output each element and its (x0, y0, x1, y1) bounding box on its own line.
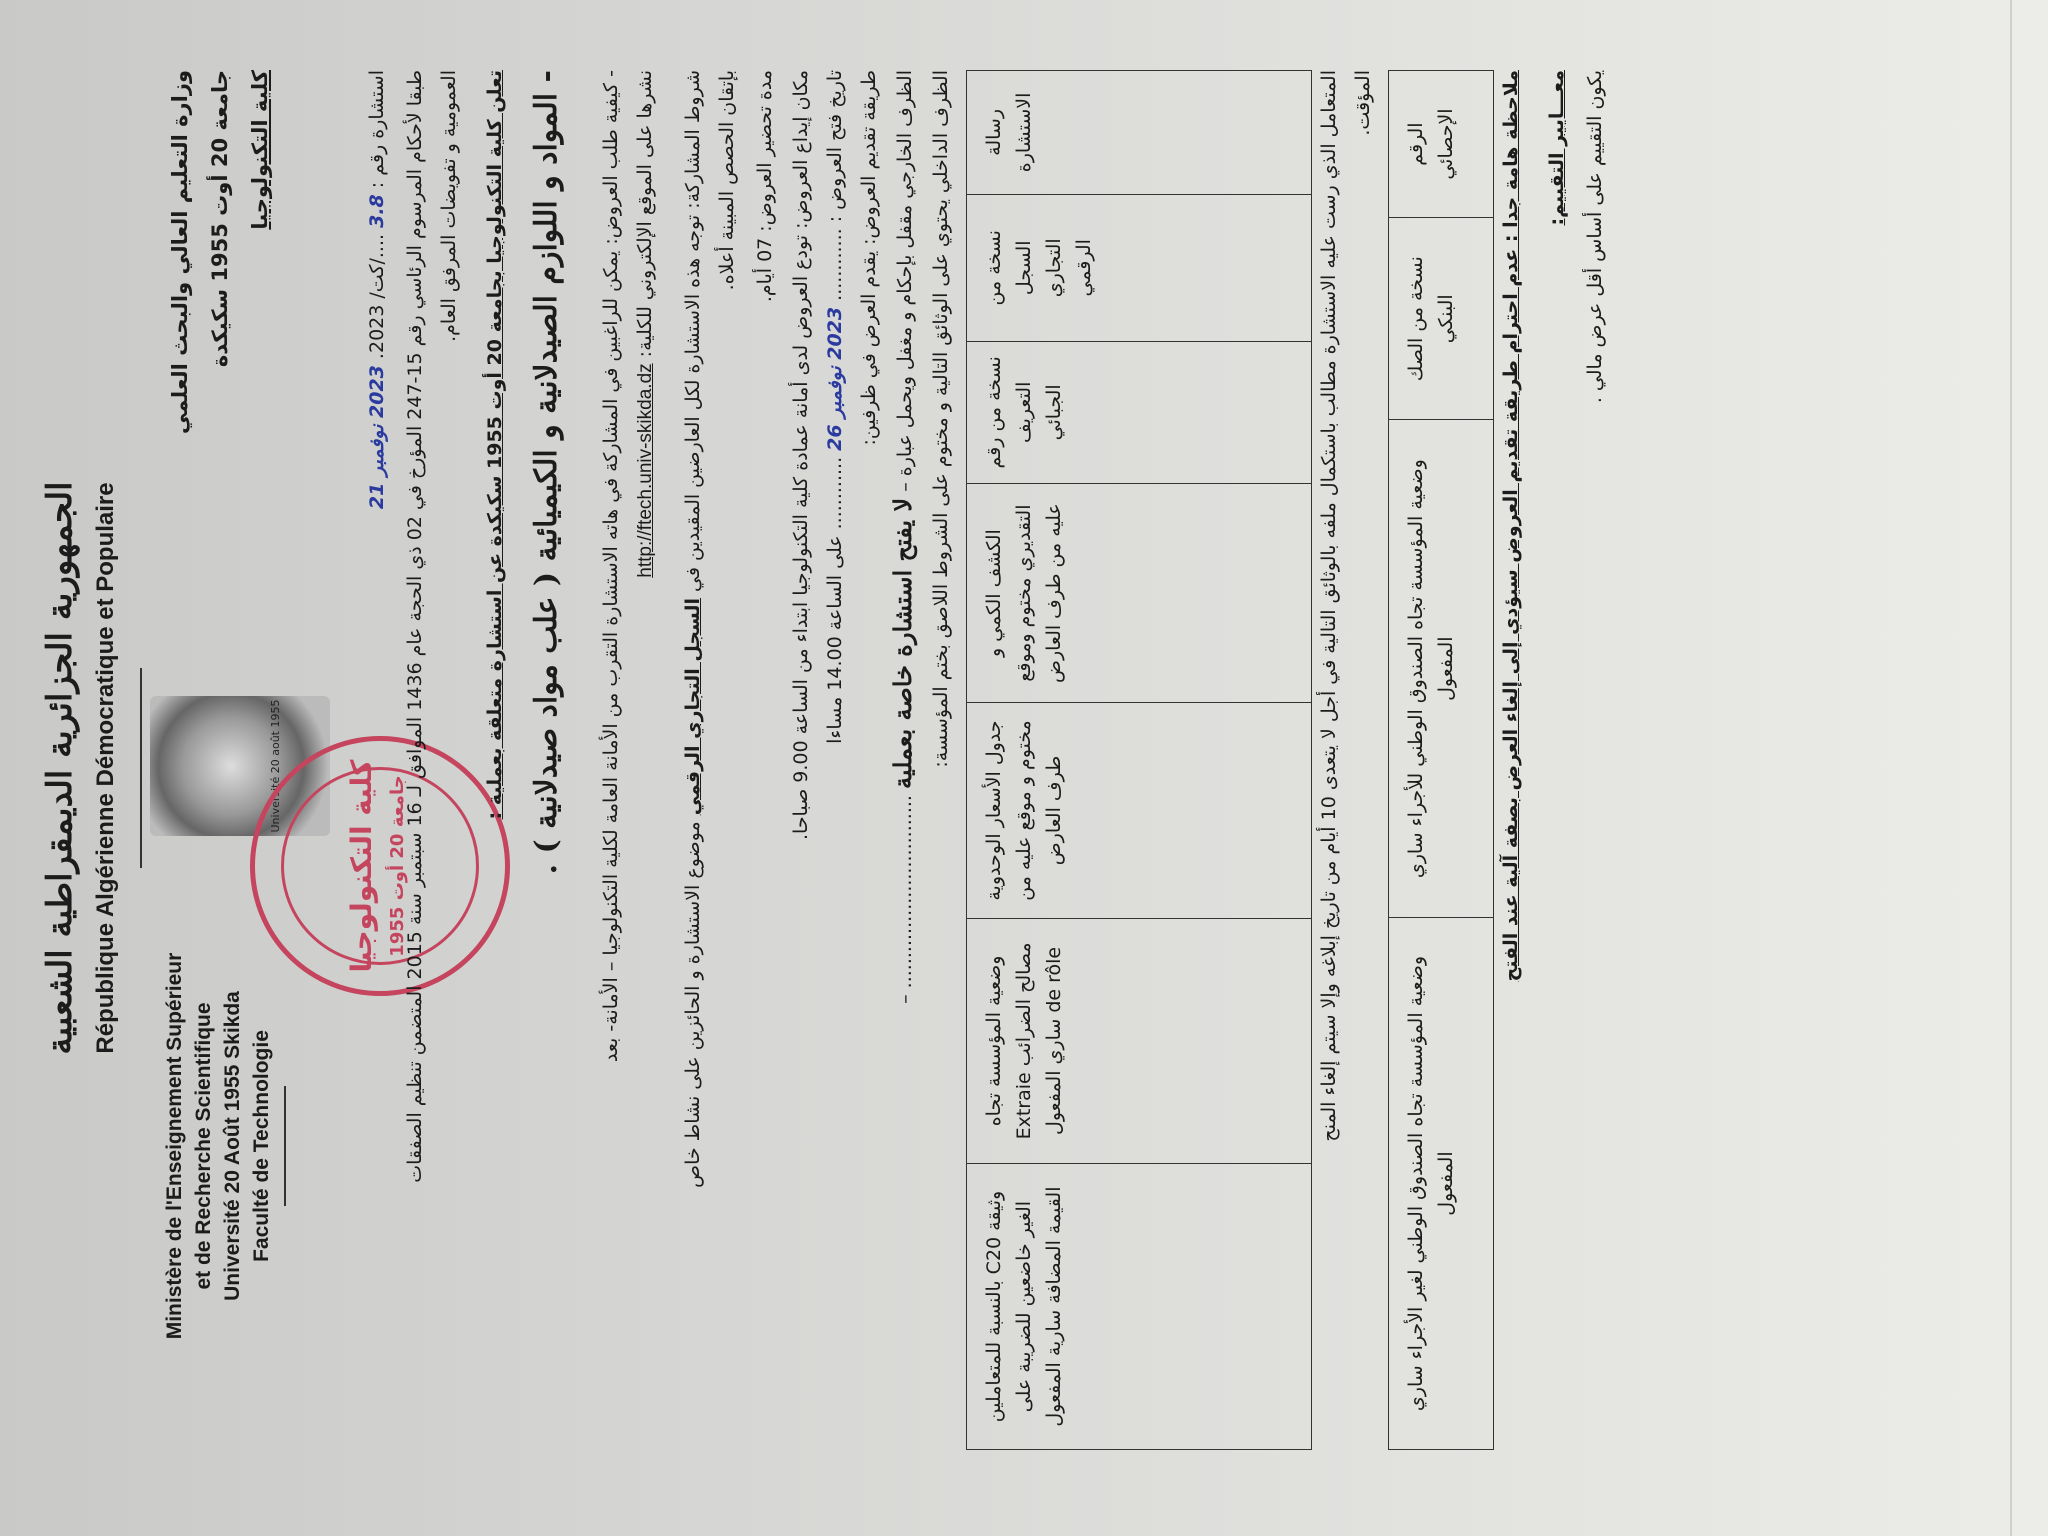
preparation-period: مدة تحضير العروض: 07 أيام. (748, 70, 782, 1466)
table-row: رسالة الاستشارة نسخة من السجل التجاري ال… (967, 71, 1312, 1450)
table-cell: وضعية المؤسسة تجاه مصالح الضرائب Extraie… (967, 918, 1312, 1163)
inner-envelope: الظرف الداخلي يحتوي على الوثائق التالية … (924, 70, 958, 1466)
table-cell: رسالة الاستشارة (967, 71, 1312, 195)
paper-fold (2010, 0, 2012, 1536)
deadline-note-line-1: المتعامل الذي رست عليه الاستشارة مطالب ب… (1312, 70, 1346, 1466)
how-to-get-line-1: - كيفية طلب العروض: يمكن للراغبين في الم… (594, 70, 628, 1466)
announcement: تعلن كلية التكنولوجيا بجامعة 20 أوت 1955… (478, 70, 512, 1466)
deadline-note-line-2: المؤقت. (1346, 70, 1380, 1466)
conditions-line-2: بإتقان الحصص المبينة أعلاه. (710, 70, 744, 1466)
opening-date: تاريخ فتح العروض : ............ 2023 نوف… (818, 70, 852, 1466)
opening-date-value: 2023 نوفمبر 26 (824, 307, 846, 451)
evaluation-heading: معـــايير التقييم: (1540, 70, 1574, 1466)
ministry-line-fr: Ministère de l'Enseignement Supérieur (160, 886, 189, 1406)
conditions-line-1: شروط المشاركة: توجه هذه الاستشارة لكل ال… (676, 70, 710, 1466)
table-cell: وضعية المؤسسة تجاه الصندوق الوطني لغير ا… (1389, 918, 1494, 1450)
table-cell: وضعية المؤسسة تجاه الصندوق الوطني للأجرا… (1389, 420, 1494, 918)
university-line-fr: Université 20 Août 1955 Skikda (218, 886, 247, 1406)
important-note: ملاحظة هامة جدا : عدم احترام طريقة تقديم… (1494, 70, 1528, 1466)
consultation-title: - المواد و اللوازم الصيدلانية و الكيميائ… (530, 70, 564, 1466)
divider (140, 668, 142, 868)
legal-basis-line-2: العمومية و تفويضات المرفق العام. (432, 70, 466, 1466)
ministry-block-french: Ministère de l'Enseignement Supérieur et… (160, 886, 286, 1406)
faculty-line-fr: Faculté de Technologie (247, 886, 276, 1406)
table-cell: نسخة من رقم التعريف الجبائي (967, 341, 1312, 483)
submission-method: طريقة تقديم العروض: يقدم العرض في ظرفين: (852, 70, 886, 1466)
faculty-website-link[interactable]: http://ftech.univ-skikda.dz (635, 363, 656, 577)
table-cell: نسخة من السجل التجاري الرقمي (967, 194, 1312, 341)
table-cell: الكشف الكمي و التقديري مختوم وموقع عليه … (967, 483, 1312, 702)
republic-title-french: République Algérienne Démocratique et Po… (92, 0, 120, 1536)
outer-envelope: الظرف الخارجي مقفل بإحكام و مغفل ويحمل ع… (886, 70, 922, 1466)
evaluation-criteria: يكون التقييم على أساس أقل عرض مالي . (1578, 70, 1612, 1466)
deposit-place: مكان إيداع العروض: تودع العروض لدى أمانة… (784, 70, 818, 1466)
required-documents-table: رسالة الاستشارة نسخة من السجل التجاري ال… (966, 70, 1312, 1450)
consultation-date: 2023 نوفمبر 21 (366, 365, 388, 509)
document-page: الجمهورية الجزائرية الديمقراطية الشعبية … (0, 0, 2048, 1536)
consultation-number-value: 3.8 (366, 194, 388, 228)
table-cell: وثيقة C20 بالنسبة للمتعاملين الغير خاضعي… (967, 1164, 1312, 1450)
republic-title-arabic: الجمهورية الجزائرية الديمقراطية الشعبية (40, 0, 80, 1536)
divider (284, 1086, 286, 1206)
table-cell: نسخة من الصك البنكي (1389, 218, 1494, 420)
research-line-fr: et de Recherche Scientifique (189, 886, 218, 1406)
faculty-line: كلية التكنولوجيا (240, 70, 280, 490)
table-cell: الرقم الإحصائي (1389, 71, 1494, 218)
consultation-number: استشارة رقم : 3.8 ..../كت/ 2023. 2023 نو… (360, 70, 394, 1466)
university-line: جامعة 20 أوت 1955 سكيكدة (200, 70, 240, 490)
legal-basis-line-1: طبقا لأحكام المرسوم الرئاسي رقم 15-247 ا… (398, 70, 432, 1466)
table-cell: جدول الأسعار الوحدوية مختوم و موقع عليه … (967, 703, 1312, 918)
table-row: الرقم الإحصائي نسخة من الصك البنكي وضعية… (1389, 71, 1494, 1450)
ministry-line: وزارة التعليم العالي والبحث العلمي (160, 70, 200, 490)
additional-documents-table: الرقم الإحصائي نسخة من الصك البنكي وضعية… (1388, 70, 1494, 1450)
ministry-block-arabic: وزارة التعليم العالي والبحث العلمي جامعة… (160, 70, 280, 490)
how-to-get-line-2: نشرها على الموقع الإلكتروني للكلية: http… (628, 70, 663, 1466)
